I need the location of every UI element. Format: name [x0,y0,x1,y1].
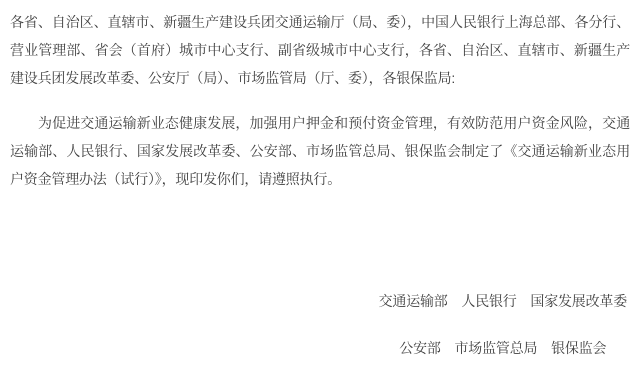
signature-line-2: 公安部 市场监管总局 银保监会 [379,338,627,358]
signature-block: 交通运输部 人民银行 国家发展改革委 公安部 市场监管总局 银保监会 [379,291,627,358]
document-page: 各省、自治区、直辖市、新疆生产建设兵团交通运输厅（局、委），中国人民银行上海总部… [0,0,640,380]
recipients-paragraph: 各省、自治区、直辖市、新疆生产建设兵团交通运输厅（局、委），中国人民银行上海总部… [10,8,630,92]
signature-line-1: 交通运输部 人民银行 国家发展改革委 [379,291,627,311]
body-paragraph: 为促进交通运输新业态健康发展，加强用户押金和预付资金管理，有效防范用户资金风险，… [10,109,630,193]
